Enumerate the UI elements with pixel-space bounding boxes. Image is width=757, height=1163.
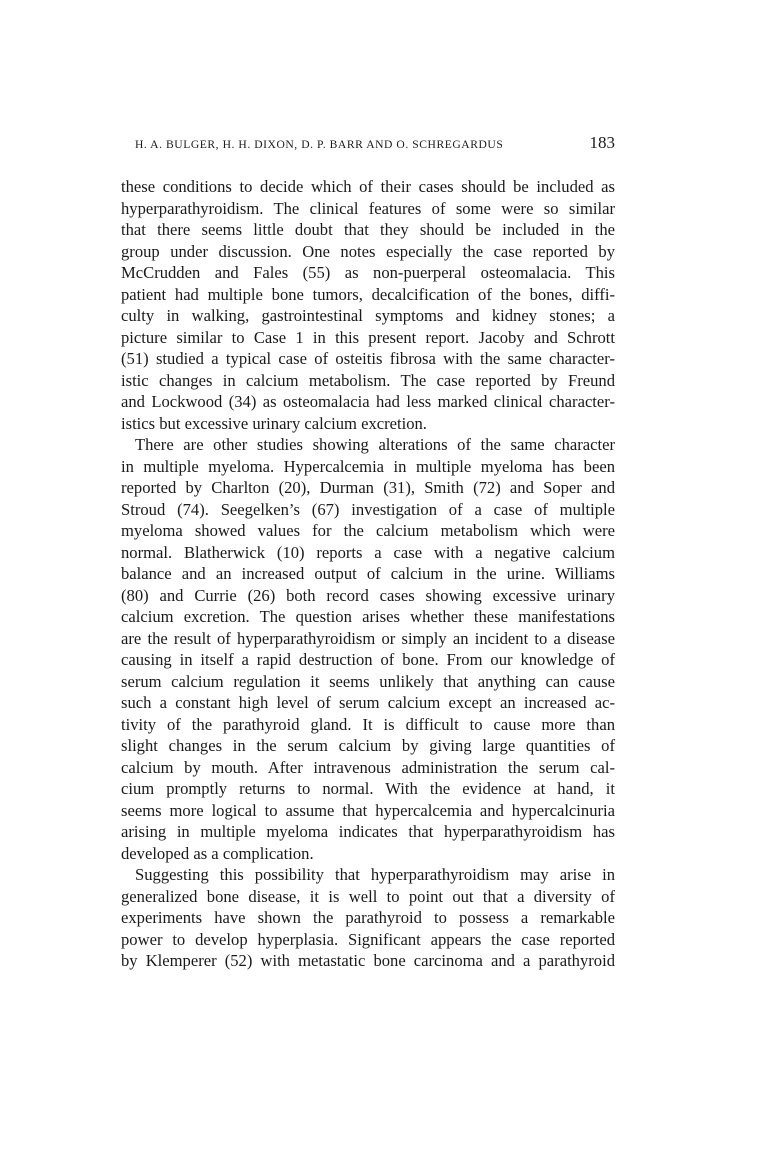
text-line: seems more logical to assume that hyperc… bbox=[121, 800, 615, 822]
text-line: hyperparathyroidism. The clinical featur… bbox=[121, 198, 615, 220]
text-line: tivity of the parathyroid gland. It is d… bbox=[121, 714, 615, 736]
text-line: serum calcium regulation it seems unlike… bbox=[121, 671, 615, 693]
text-line: istic changes in calcium metabolism. The… bbox=[121, 370, 615, 392]
text-line: cium promptly returns to normal. With th… bbox=[121, 778, 615, 800]
text-line: Suggesting this possibility that hyperpa… bbox=[121, 864, 615, 886]
text-line: generalized bone disease, it is well to … bbox=[121, 886, 615, 908]
paragraph-1: these conditions to decide which of thei… bbox=[121, 176, 615, 434]
text-line: such a constant high level of serum calc… bbox=[121, 692, 615, 714]
text-line: are the result of hyperparathyroidism or… bbox=[121, 628, 615, 650]
text-line: calcium by mouth. After intravenous admi… bbox=[121, 757, 615, 779]
page-number: 183 bbox=[590, 133, 616, 153]
text-line: istics but excessive urinary calcium exc… bbox=[121, 413, 615, 435]
text-line: group under discussion. One notes especi… bbox=[121, 241, 615, 263]
text-line: developed as a complication. bbox=[121, 843, 615, 865]
text-line: calcium excretion. The question arises w… bbox=[121, 606, 615, 628]
text-line: slight changes in the serum calcium by g… bbox=[121, 735, 615, 757]
text-line: that there seems little doubt that they … bbox=[121, 219, 615, 241]
text-line: and Lockwood (34) as osteomalacia had le… bbox=[121, 391, 615, 413]
text-line: causing in itself a rapid destruction of… bbox=[121, 649, 615, 671]
text-line: experiments have shown the parathyroid t… bbox=[121, 907, 615, 929]
running-head-authors: H. A. BULGER, H. H. DIXON, D. P. BARR AN… bbox=[121, 138, 503, 151]
text-line: reported by Charlton (20), Durman (31), … bbox=[121, 477, 615, 499]
running-head: H. A. BULGER, H. H. DIXON, D. P. BARR AN… bbox=[121, 133, 615, 159]
text-line: picture similar to Case 1 in this presen… bbox=[121, 327, 615, 349]
text-line: (80) and Currie (26) both record cases s… bbox=[121, 585, 615, 607]
document-page: H. A. BULGER, H. H. DIXON, D. P. BARR AN… bbox=[121, 133, 615, 972]
text-line: patient had multiple bone tumors, decalc… bbox=[121, 284, 615, 306]
paragraph-2: There are other studies showing alterati… bbox=[121, 434, 615, 864]
text-line: McCrudden and Fales (55) as non-puerpera… bbox=[121, 262, 615, 284]
text-line: normal. Blatherwick (10) reports a case … bbox=[121, 542, 615, 564]
text-line: culty in walking, gastrointestinal sympt… bbox=[121, 305, 615, 327]
text-line: arising in multiple myeloma indicates th… bbox=[121, 821, 615, 843]
text-line: myeloma showed values for the calcium me… bbox=[121, 520, 615, 542]
text-line: power to develop hyperplasia. Significan… bbox=[121, 929, 615, 951]
text-line: in multiple myeloma. Hypercalcemia in mu… bbox=[121, 456, 615, 478]
text-line: these conditions to decide which of thei… bbox=[121, 176, 615, 198]
text-line: There are other studies showing alterati… bbox=[121, 434, 615, 456]
text-line: balance and an increased output of calci… bbox=[121, 563, 615, 585]
paragraph-3: Suggesting this possibility that hyperpa… bbox=[121, 864, 615, 972]
text-line: Stroud (74). Seegelken’s (67) investigat… bbox=[121, 499, 615, 521]
text-line: by Klemperer (52) with metastatic bone c… bbox=[121, 950, 615, 972]
text-line: (51) studied a typical case of osteitis … bbox=[121, 348, 615, 370]
